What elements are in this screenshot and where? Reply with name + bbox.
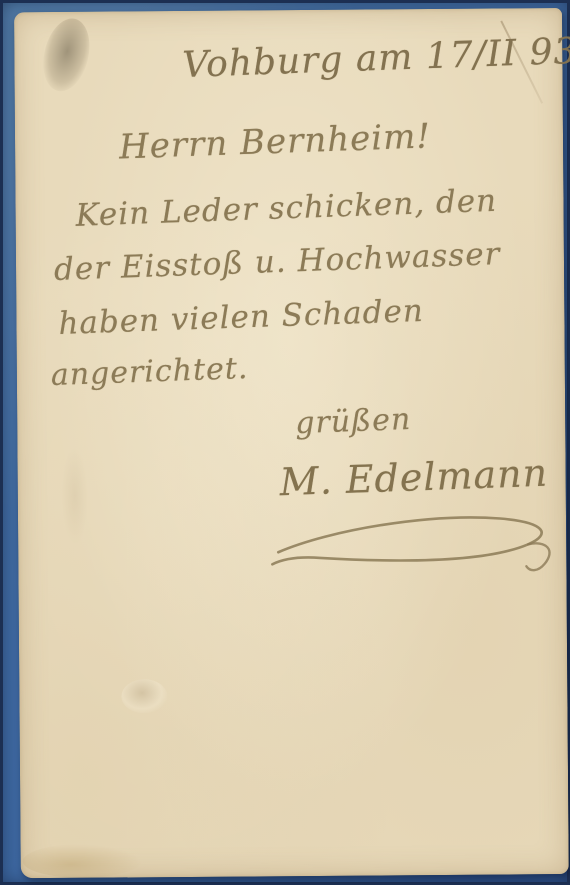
dateline: Vohburg am 17/II 93. [182,30,570,86]
salutation: Herrn Bernheim! [118,116,431,167]
paper-dimple [121,679,167,713]
body-line: angerichtet. [50,351,249,393]
ink-smudge [36,14,96,96]
body-line: Kein Leder schicken, den [75,183,498,234]
postcard: Vohburg am 17/II 93. Herrn Bernheim! Kei… [14,8,569,878]
closing: grüßen [295,402,412,441]
faint-smudge [61,448,88,544]
signature: M. Edelmann [279,451,549,505]
album-page-background: Vohburg am 17/II 93. Herrn Bernheim! Kei… [0,0,570,885]
signature-flourish [260,498,561,580]
body-line: der Eisstoß u. Hochwasser [53,236,501,288]
body-line: haben vielen Schaden [58,293,425,342]
paper-stain [23,843,143,878]
